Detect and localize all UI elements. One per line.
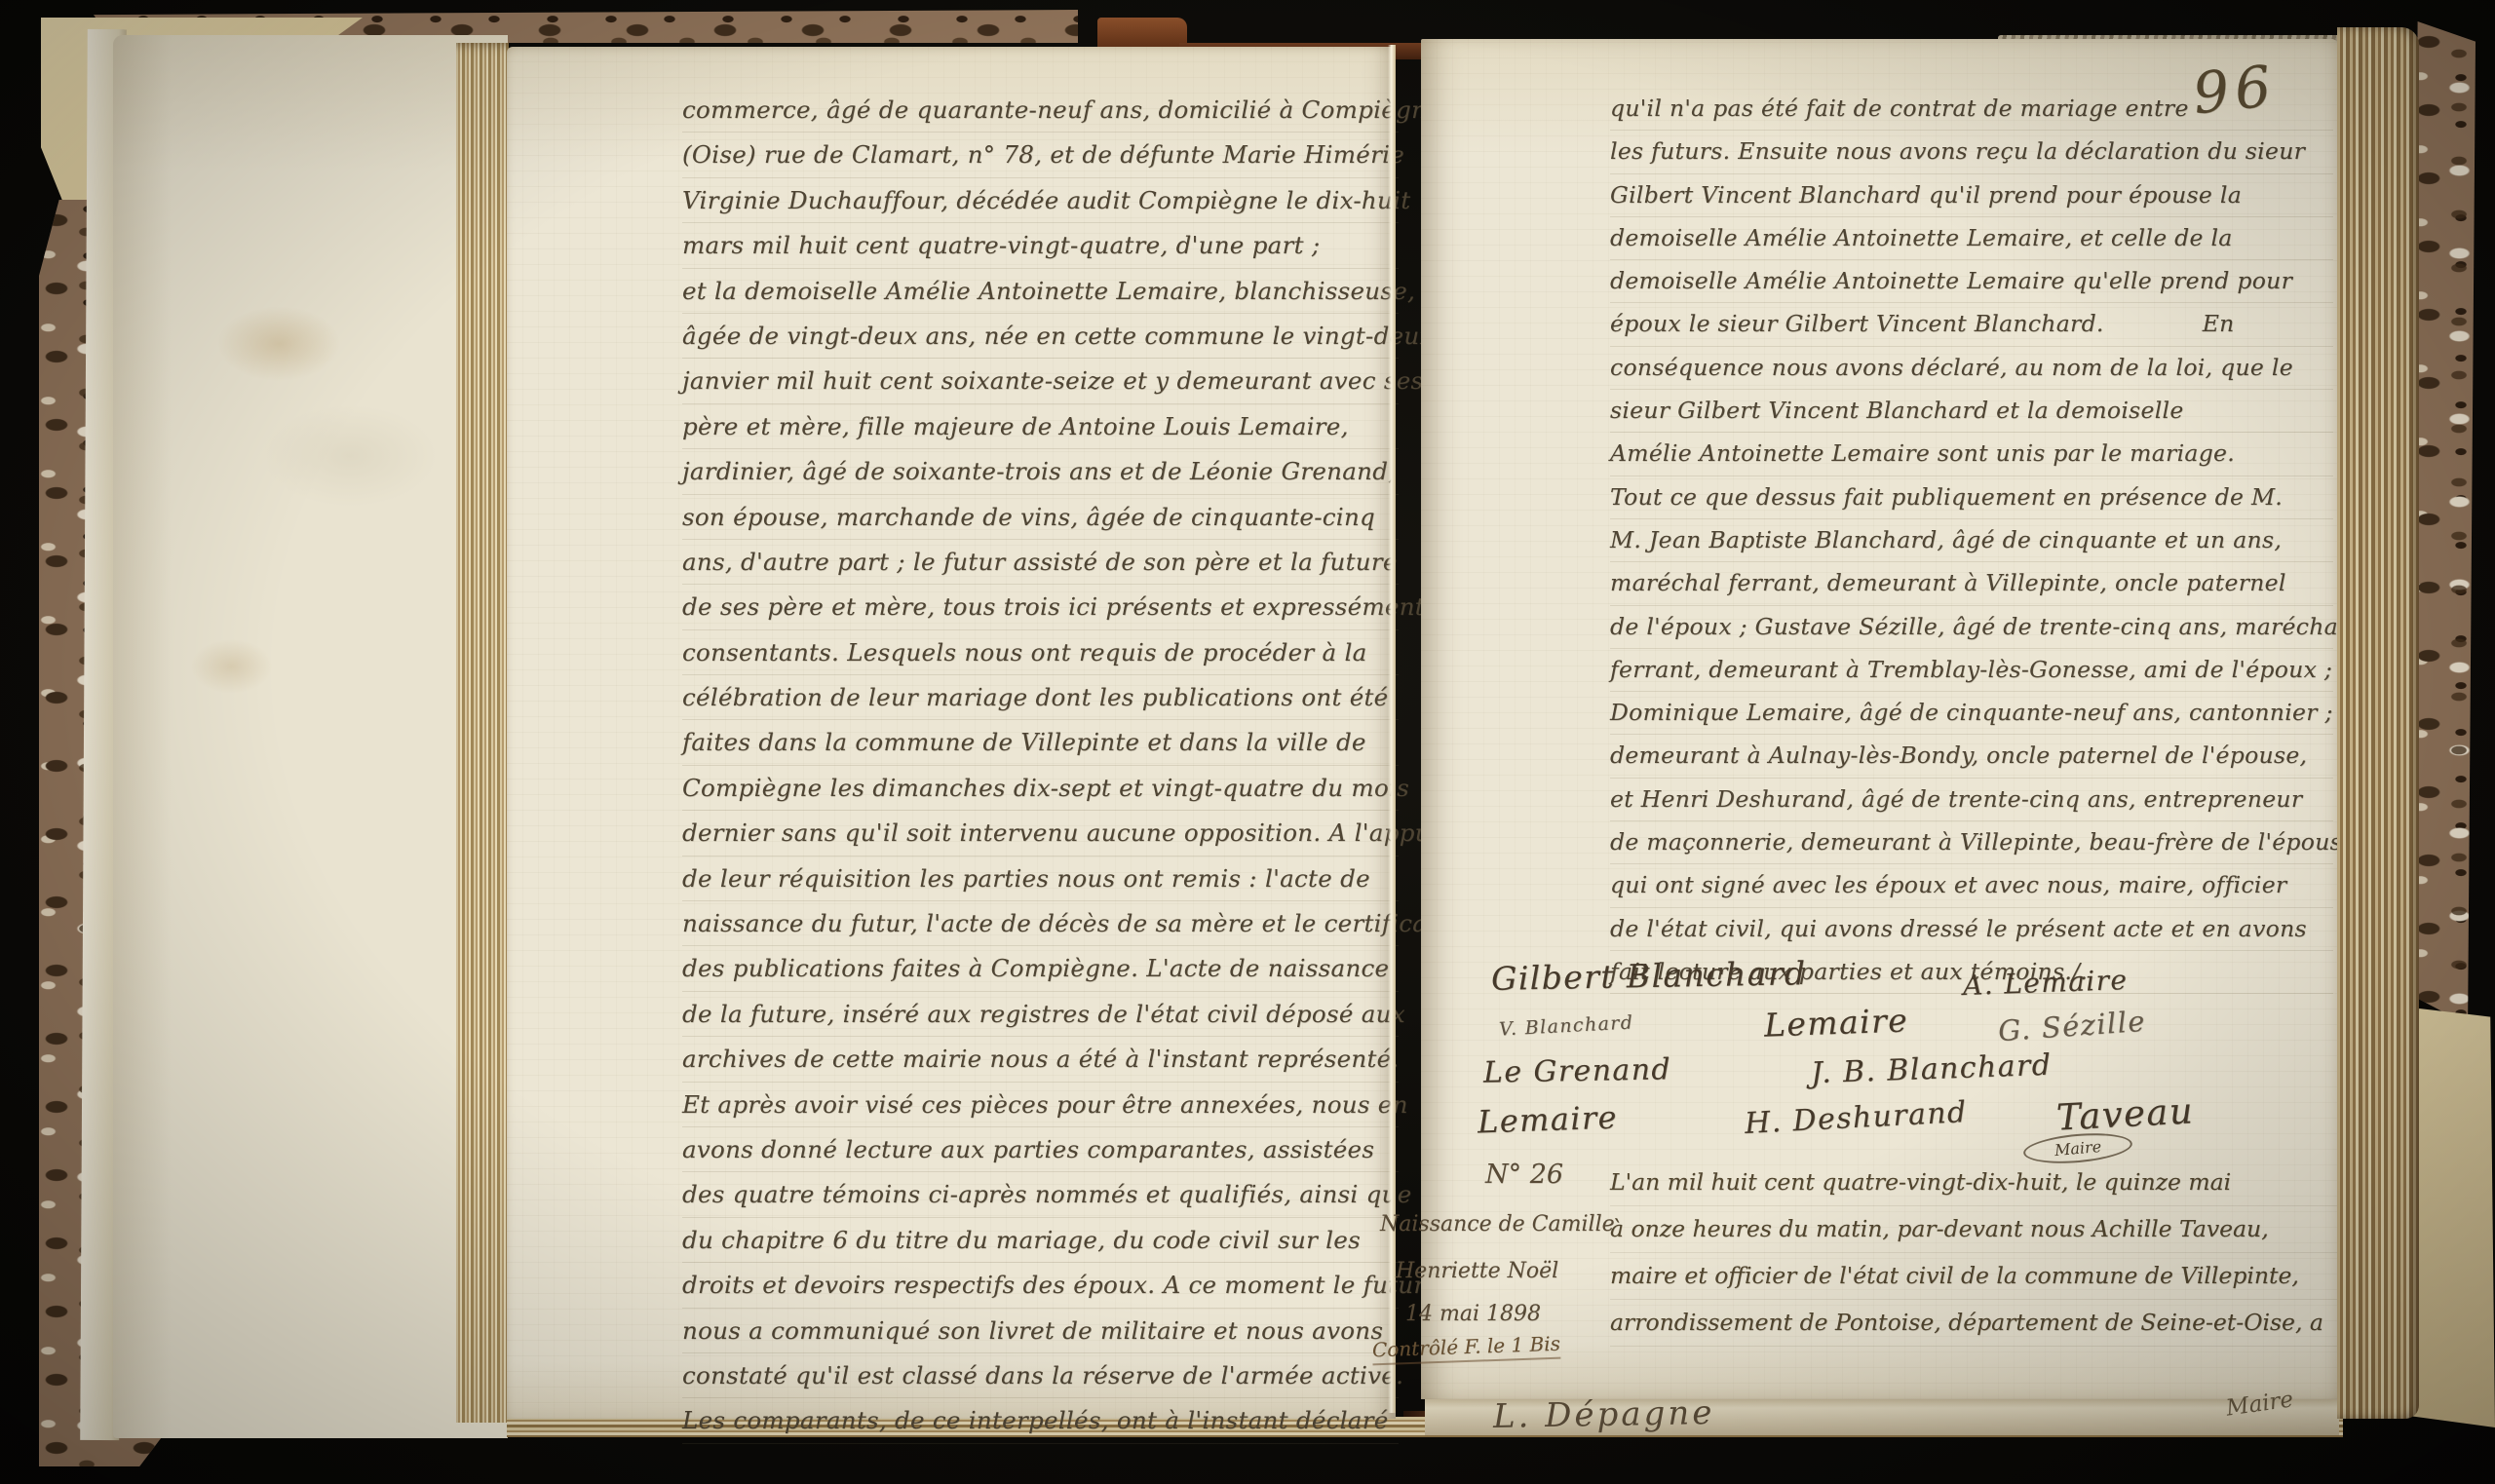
manuscript-line: du chapitre 6 du titre du mariage, du co…: [682, 1218, 1399, 1263]
signature-witness-jb-blanchard: J. B. Blanchard: [1810, 1048, 2052, 1091]
manuscript-line: jardinier, âgé de soixante-trois ans et …: [682, 449, 1399, 494]
manuscript-line: son épouse, marchande de vins, âgée de c…: [682, 495, 1399, 540]
signature-uncle-lemaire: Lemaire: [1477, 1099, 1618, 1141]
margin-note-date: 14 mai 1898: [1405, 1302, 1541, 1326]
margin-note-line1: Naissance de Camille: [1380, 1212, 1615, 1237]
manuscript-line: et Henri Deshurand, âgé de trente-cinq a…: [1610, 779, 2333, 821]
manuscript-line: commerce, âgé de quarante-neuf ans, domi…: [682, 88, 1399, 133]
left-leaf-stack-edges: [456, 43, 509, 1423]
left-page-manuscript: commerce, âgé de quarante-neuf ans, domi…: [682, 88, 1399, 1444]
manuscript-line: Gilbert Vincent Blanchard qu'il prend po…: [1610, 174, 2333, 217]
signature-witness-sezille: G. Sézille: [1997, 1005, 2147, 1048]
margin-act-number: N° 26: [1485, 1160, 1563, 1190]
second-act-manuscript: L'an mil huit cent quatre-vingt-dix-huit…: [1610, 1160, 2339, 1347]
manuscript-line: naissance du futur, l'acte de décès de s…: [682, 901, 1399, 946]
signature-bride: A. Lemaire: [1962, 964, 2128, 1002]
signature-father-lemaire: Lemaire: [1763, 1001, 1908, 1044]
manuscript-line: qu'il n'a pas été fait de contrat de mar…: [1610, 88, 2333, 131]
margin-control-note: Contrôlé F. le 1 Bis: [1372, 1332, 1561, 1366]
manuscript-line: âgée de vingt-deux ans, née en cette com…: [682, 314, 1399, 359]
manuscript-line: des publications faites à Compiègne. L'a…: [682, 946, 1399, 991]
manuscript-line: de leur réquisition les parties nous ont…: [682, 856, 1399, 901]
left-page: commerce, âgé de quarante-neuf ans, domi…: [507, 47, 1396, 1419]
signature-mayor-taveau: Taveau: [2055, 1089, 2195, 1138]
manuscript-line: archives de cette mairie nous a été à l'…: [682, 1037, 1399, 1082]
manuscript-line: avons donné lecture aux parties comparan…: [682, 1127, 1399, 1172]
manuscript-line: des quatre témoins ci-après nommés et qu…: [682, 1172, 1399, 1217]
next-leaf-sliver: L. Dépagne Maire: [1425, 1399, 2339, 1435]
manuscript-line: à onze heures du matin, par-devant nous …: [1610, 1206, 2339, 1253]
marbled-cover-right-edge: [2411, 21, 2476, 1025]
signature-mother-grenand: Le Grenand: [1483, 1052, 1672, 1089]
manuscript-line: droits et devoirs respectifs des époux. …: [682, 1263, 1399, 1308]
manuscript-line: qui ont signé avec les époux et avec nou…: [1610, 864, 2333, 907]
manuscript-line: demoiselle Amélie Antoinette Lemaire, et…: [1610, 217, 2333, 260]
manuscript-line: (Oise) rue de Clamart, n° 78, et de défu…: [682, 133, 1399, 177]
manuscript-line: M. Jean Baptiste Blanchard, âgé de cinqu…: [1610, 519, 2333, 562]
manuscript-line: Tout ce que dessus fait publiquement en …: [1610, 476, 2333, 519]
fore-edge-leaf-stack: [2337, 27, 2419, 1419]
manuscript-line: Virginie Duchauffour, décédée audit Comp…: [682, 178, 1399, 223]
right-page-manuscript: qu'il n'a pas été fait de contrat de mar…: [1610, 88, 2333, 994]
manuscript-line: ans, d'autre part ; le futur assisté de …: [682, 540, 1399, 585]
manuscript-line: conséquence nous avons déclaré, au nom d…: [1610, 347, 2333, 390]
gutter-crease: [1388, 45, 1396, 1413]
manuscript-line: Amélie Antoinette Lemaire sont unis par …: [1610, 433, 2333, 476]
manuscript-line: demoiselle Amélie Antoinette Lemaire qu'…: [1610, 260, 2333, 303]
manuscript-line: de l'époux ; Gustave Sézille, âgé de tre…: [1610, 606, 2333, 649]
manuscript-line: Dominique Lemaire, âgé de cinquante-neuf…: [1610, 692, 2333, 735]
manuscript-line: maréchal ferrant, demeurant à Villepinte…: [1610, 562, 2333, 605]
manuscript-line: Les comparants, de ce interpellés, ont à…: [682, 1398, 1399, 1443]
manuscript-line: Et après avoir visé ces pièces pour être…: [682, 1083, 1399, 1127]
manuscript-line: janvier mil huit cent soixante-seize et …: [682, 359, 1399, 403]
margin-note-line2: Henriette Noël: [1396, 1259, 1558, 1283]
manuscript-line: arrondissement de Pontoise, département …: [1610, 1300, 2339, 1347]
manuscript-line: père et mère, fille majeure de Antoine L…: [682, 404, 1399, 449]
blank-verso-page: [113, 35, 508, 1438]
manuscript-line: époux le sieur Gilbert Vincent Blanchard…: [1610, 303, 2333, 346]
manuscript-line: les futurs. Ensuite nous avons reçu la d…: [1610, 131, 2333, 173]
manuscript-line: de maçonnerie, demeurant à Villepinte, b…: [1610, 821, 2333, 864]
signature-witness-deshurand: H. Deshurand: [1744, 1095, 1968, 1141]
manuscript-line: constaté qu'il est classé dans la réserv…: [682, 1353, 1399, 1398]
manuscript-line: sieur Gilbert Vincent Blanchard et la de…: [1610, 390, 2333, 433]
registry-book-photo: commerce, âgé de quarante-neuf ans, domi…: [0, 0, 2495, 1484]
manuscript-line: consentants. Lesquels nous ont requis de…: [682, 630, 1399, 675]
signature-groom: Gilbert Blanchard: [1491, 954, 1807, 998]
manuscript-line: demeurant à Aulnay-lès-Bondy, oncle pate…: [1610, 735, 2333, 778]
signature-witness-blanchard: V. Blanchard: [1499, 1011, 1634, 1040]
signature-depagne: L. Dépagne: [1493, 1393, 1715, 1436]
manuscript-line: de l'état civil, qui avons dressé le pré…: [1610, 908, 2333, 951]
manuscript-line: dernier sans qu'il soit intervenu aucune…: [682, 811, 1399, 856]
manuscript-line: célébration de leur mariage dont les pub…: [682, 675, 1399, 720]
manuscript-line: faites dans la commune de Villepinte et …: [682, 720, 1399, 765]
manuscript-line: et la demoiselle Amélie Antoinette Lemai…: [682, 269, 1399, 314]
manuscript-line: ferrant, demeurant à Tremblay-lès-Goness…: [1610, 649, 2333, 692]
manuscript-line: maire et officier de l'état civil de la …: [1610, 1253, 2339, 1300]
manuscript-line: de ses père et mère, tous trois ici prés…: [682, 585, 1399, 629]
manuscript-line: mars mil huit cent quatre-vingt-quatre, …: [682, 223, 1399, 268]
manuscript-line: L'an mil huit cent quatre-vingt-dix-huit…: [1610, 1160, 2339, 1206]
right-page: 96 qu'il n'a pas été fait de contrat de …: [1421, 39, 2339, 1399]
manuscript-line: nous a communiqué son livret de militair…: [682, 1309, 1399, 1353]
manuscript-line: de la future, inséré aux registres de l'…: [682, 992, 1399, 1037]
manuscript-line: Compiègne les dimanches dix-sept et ving…: [682, 766, 1399, 811]
